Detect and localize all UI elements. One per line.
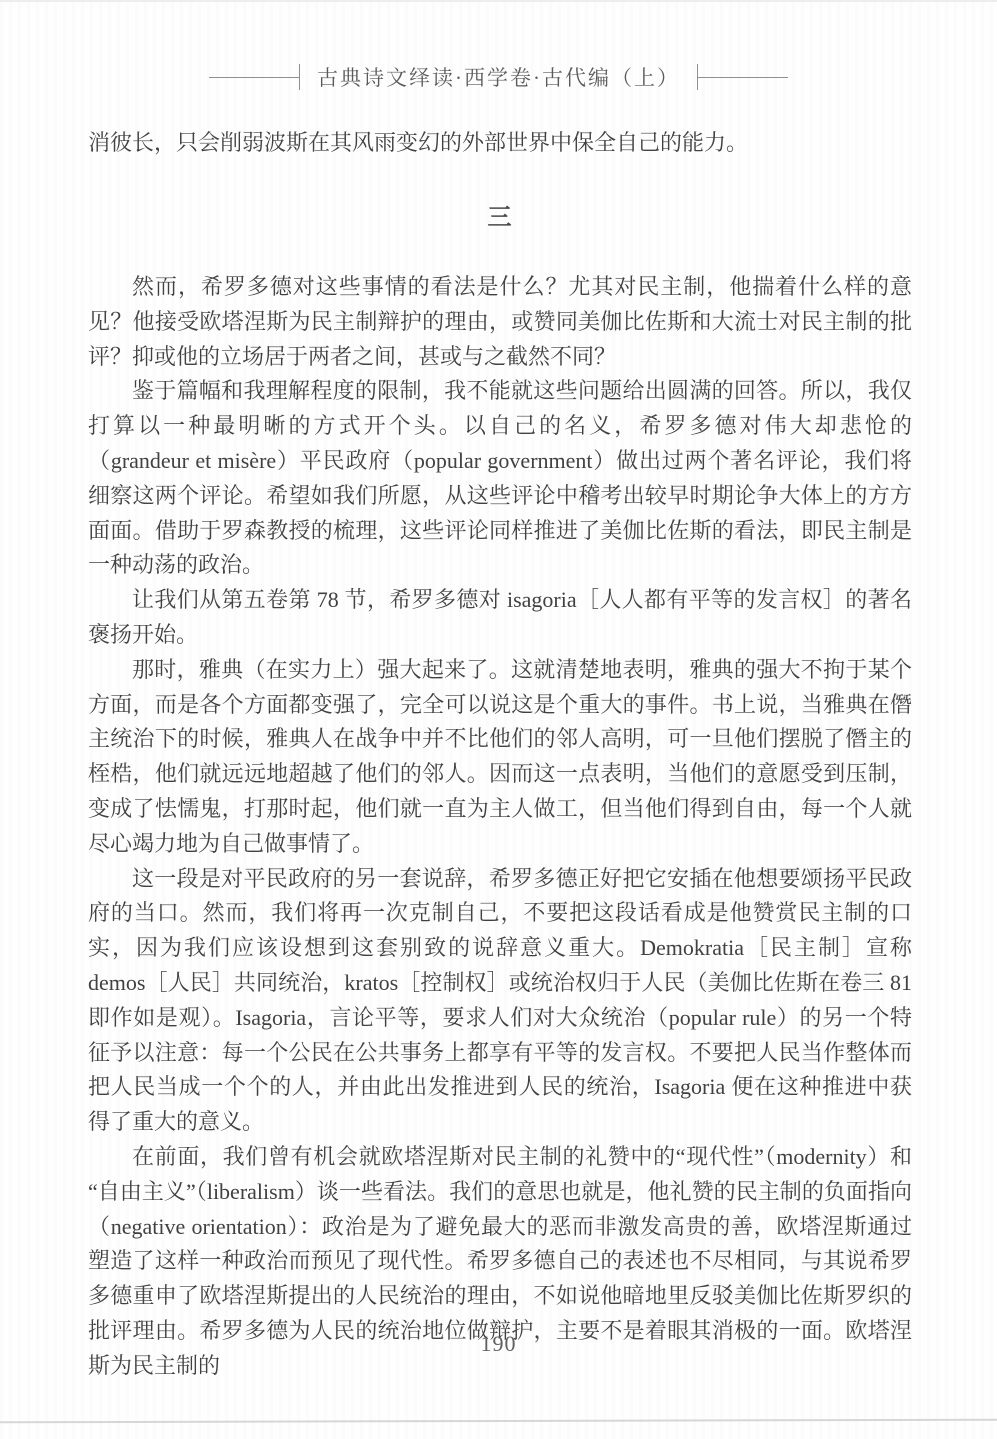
scanned-book-page: 古典诗文绎读·西学卷·古代编（上） 消彼长，只会削弱波斯在其风雨变幻的外部世界中…	[0, 0, 997, 1439]
body-paragraph: 那时，雅典（在实力上）强大起来了。这就清楚地表明，雅典的强大不拘于某个方面，而是…	[88, 653, 912, 862]
scan-top-edge-line	[0, 0, 997, 2]
body-paragraph: 让我们从第五卷第 78 节，希罗多德对 isagoria［人人都有平等的发言权］…	[88, 583, 912, 653]
book-title: 古典诗文绎读·西学卷·古代编（上）	[317, 62, 680, 92]
page-edge-line	[0, 1419, 997, 1424]
header-rule-right	[698, 77, 788, 78]
body-paragraph: 鉴于篇幅和我理解程度的限制，我不能就这些问题给出圆满的回答。所以，我仅打算以一种…	[88, 374, 912, 583]
running-header: 古典诗文绎读·西学卷·古代编（上）	[0, 62, 997, 92]
body-text-block: 然而，希罗多德对这些事情的看法是什么？尤其对民主制，他揣着什么样的意见？他接受欧…	[88, 270, 912, 1384]
section-heading: 三	[88, 197, 912, 232]
header-rule-left	[209, 77, 299, 78]
header-tick-left	[299, 64, 300, 90]
page-number: 190	[0, 1331, 997, 1357]
body-paragraph: 这一段是对平民政府的另一套说辞，希罗多德正好把它安插在他想要颂扬平民政府的当口。…	[88, 862, 912, 1140]
continuation-paragraph: 消彼长，只会削弱波斯在其风雨变幻的外部世界中保全自己的能力。	[88, 128, 912, 158]
body-paragraph: 然而，希罗多德对这些事情的看法是什么？尤其对民主制，他揣着什么样的意见？他接受欧…	[88, 270, 912, 374]
